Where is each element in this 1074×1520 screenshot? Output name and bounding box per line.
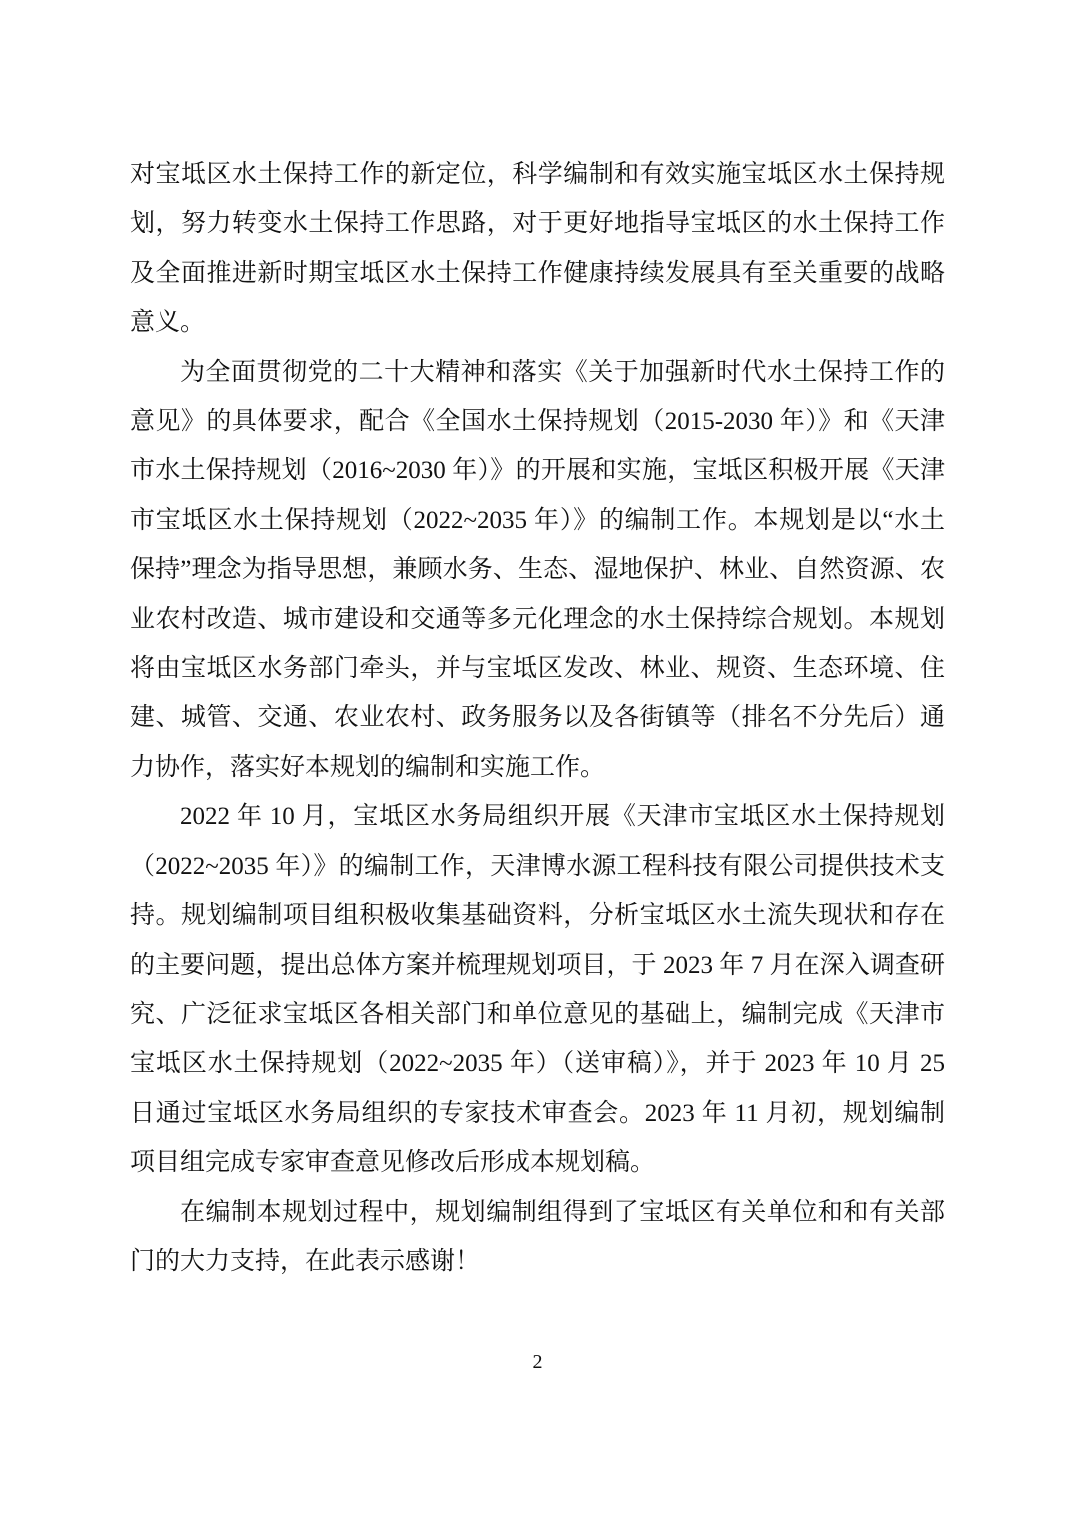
paragraph-1: 对宝坻区水土保持工作的新定位，科学编制和有效实施宝坻区水土保持规划，努力转变水土… [130,150,945,348]
paragraph-3: 2022 年 10 月，宝坻区水务局组织开展《天津市宝坻区水土保持规划（2022… [130,792,945,1187]
paragraph-2: 为全面贯彻党的二十大精神和落实《关于加强新时代水土保持工作的意见》的具体要求，配… [130,348,945,793]
paragraph-4: 在编制本规划过程中，规划编制组得到了宝坻区有关单位和和有关部门的大力支持，在此表… [130,1188,945,1287]
document-page: 对宝坻区水土保持工作的新定位，科学编制和有效实施宝坻区水土保持规划，努力转变水土… [0,0,1074,1520]
page-footer: 2 [130,1348,945,1376]
document-body: 对宝坻区水土保持工作的新定位，科学编制和有效实施宝坻区水土保持规划，努力转变水土… [130,150,945,1286]
page-number: 2 [533,1351,543,1373]
